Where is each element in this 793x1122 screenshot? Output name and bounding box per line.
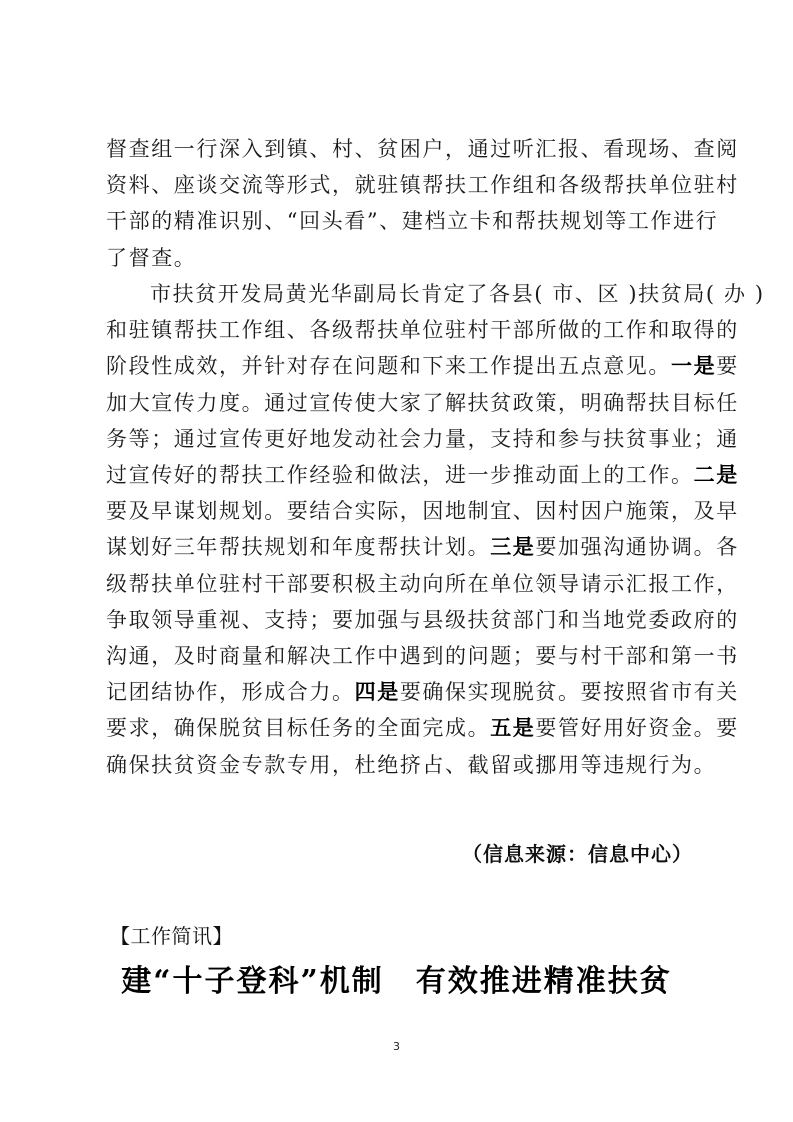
text-segment: 要管好用好资金。要 — [535, 716, 738, 740]
point-three-label: 三是 — [490, 534, 535, 559]
text-line: 加大宣传力度。通过宣传使大家了解扶贫政策，明确帮扶目标任 — [106, 385, 692, 421]
text-line: 谋划好三年帮扶规划和年度帮扶计划。三是要加强沟通协调。各 — [106, 529, 692, 565]
paragraph-inspection: 督查组一行深入到镇、村、贫困户，通过听汇报、看现场、查阅 资料、座谈交流等形式，… — [106, 131, 692, 276]
text-segment: 阶段性成效，并针对存在问题和下来工作提出五点意见。 — [106, 354, 671, 378]
text-line: 级帮扶单位驻村干部要积极主动向所在单位领导请示汇报工作， — [106, 566, 692, 602]
point-two-label: 二是 — [694, 462, 739, 487]
text-line: 阶段性成效，并针对存在问题和下来工作提出五点意见。一是要 — [106, 348, 692, 384]
paragraph-five-opinions: 市扶贫开发局黄光华副局长肯定了各县( 市、区 )扶贫局( 办 ) 和驻镇帮扶工作… — [106, 276, 692, 783]
text-segment: 记团结协作，形成合力。 — [106, 680, 355, 704]
text-segment: 过宣传好的帮扶工作经验和做法，进一步推动面上的工作。 — [106, 463, 694, 487]
section-tag: 【工作简讯】 — [110, 920, 233, 949]
text-segment: 要确保实现脱贫。要按照省市有关 — [400, 680, 739, 704]
source-attribution: （信息来源：信息中心） — [462, 838, 693, 867]
text-line: 要求，确保脱贫目标任务的全面完成。五是要管好用好资金。要 — [106, 710, 692, 746]
text-segment: 要 — [716, 354, 739, 378]
text-line: 记团结协作，形成合力。四是要确保实现脱贫。要按照省市有关 — [106, 674, 692, 710]
text-line: 市扶贫开发局黄光华副局长肯定了各县( 市、区 )扶贫局( 办 ) — [106, 276, 692, 312]
text-line: 督查组一行深入到镇、村、贫困户，通过听汇报、看现场、查阅 — [106, 131, 692, 167]
text-line: 和驻镇帮扶工作组、各级帮扶单位驻村干部所做的工作和取得的 — [106, 312, 692, 348]
text-segment: 要加强沟通协调。各 — [535, 535, 738, 559]
document-page: 督查组一行深入到镇、村、贫困户，通过听汇报、看现场、查阅 资料、座谈交流等形式，… — [0, 0, 793, 1122]
article-title: 建“十子登科”机制 有效推进精准扶贫 — [0, 956, 793, 1000]
text-line: 要及早谋划规划。要结合实际，因地制宜、因村因户施策，及早 — [106, 493, 692, 529]
text-line: 干部的精准识别、“回头看”、建档立卡和帮扶规划等工作进行 — [106, 203, 692, 239]
text-line: 务等；通过宣传更好地发动社会力量，支持和参与扶贫事业；通 — [106, 421, 692, 457]
text-line: 了督查。 — [106, 240, 692, 276]
text-segment: 谋划好三年帮扶规划和年度帮扶计划。 — [106, 535, 490, 559]
page-number: 3 — [0, 1040, 793, 1053]
text-line: 争取领导重视、支持；要加强与县级扶贫部门和当地党委政府的 — [106, 602, 692, 638]
text-line: 确保扶贫资金专款专用，杜绝挤占、截留或挪用等违规行为。 — [106, 747, 692, 783]
text-line: 沟通，及时商量和解决工作中遇到的问题；要与村干部和第一书 — [106, 638, 692, 674]
point-four-label: 四是 — [355, 679, 400, 704]
text-line: 资料、座谈交流等形式，就驻镇帮扶工作组和各级帮扶单位驻村 — [106, 167, 692, 203]
text-segment: 要求，确保脱贫目标任务的全面完成。 — [106, 716, 490, 740]
point-five-label: 五是 — [490, 715, 535, 740]
text-line: 过宣传好的帮扶工作经验和做法，进一步推动面上的工作。二是 — [106, 457, 692, 493]
point-one-label: 一是 — [671, 353, 716, 378]
